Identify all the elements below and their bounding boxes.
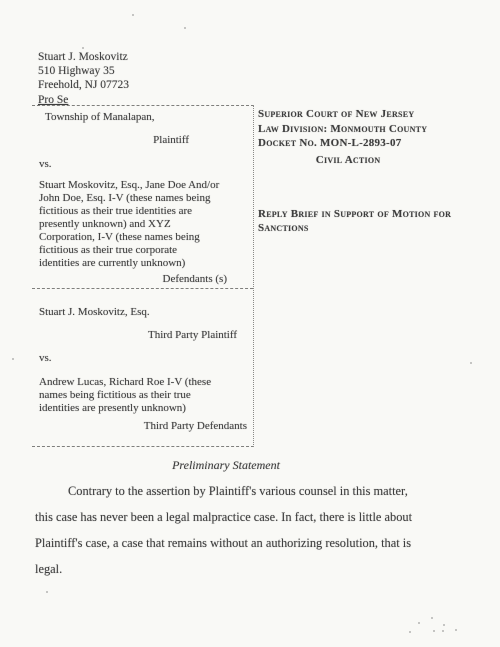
scan-speck xyxy=(12,358,14,360)
plaintiff-label: Plaintiff xyxy=(32,134,253,147)
court-name: Superior Court of New Jersey xyxy=(258,107,427,122)
defendants-line: Stuart Moskovitz, Esq., Jane Doe And/or xyxy=(39,179,219,192)
body-line: Plaintiff's case, a case that remains wi… xyxy=(35,530,473,556)
court-division: Law Division: Monmouth County xyxy=(258,122,427,137)
body-line: legal. xyxy=(35,556,473,582)
attorney-address: 510 Highway 35 xyxy=(38,64,129,78)
scan-speck xyxy=(455,629,457,631)
defendants-description: Stuart Moskovitz, Esq., Jane Doe And/or … xyxy=(39,179,219,270)
court-block: Superior Court of New Jersey Law Divisio… xyxy=(258,107,427,151)
attorney-block: Stuart J. Moskovitz 510 Highway 35 Freeh… xyxy=(38,50,129,107)
third-party-plaintiff-label: Third Party Plaintiff xyxy=(32,329,253,342)
defendants-line: fictitious as their true identities are xyxy=(39,205,219,218)
defendants-line: Corporation, I-V (these names being xyxy=(39,231,219,244)
scan-speck xyxy=(82,47,84,49)
defendants-line: presently unknown) and XYZ xyxy=(39,218,219,231)
scan-speck xyxy=(470,362,472,364)
scan-speck xyxy=(184,27,186,29)
caption-divider-rule xyxy=(32,288,253,289)
body-line: Contrary to the assertion by Plaintiff's… xyxy=(35,478,473,504)
attorney-city: Freehold, NJ 07723 xyxy=(38,78,129,92)
scan-speck xyxy=(442,630,444,632)
third-party-defendants-line: Andrew Lucas, Richard Roe I-V (these xyxy=(39,376,211,389)
third-party-plaintiff-name: Stuart J. Moskovitz, Esq. xyxy=(39,306,150,319)
scan-speck xyxy=(443,624,445,626)
civil-action-label: Civil Action xyxy=(258,154,438,166)
plaintiff-name: Township of Manalapan, xyxy=(45,111,155,124)
scan-speck xyxy=(310,545,312,547)
defendants-line: John Doe, Esq. I-V (these names being xyxy=(39,192,219,205)
body-paragraph: Contrary to the assertion by Plaintiff's… xyxy=(35,478,473,582)
third-party-defendants-description: Andrew Lucas, Richard Roe I-V (these nam… xyxy=(39,376,211,415)
attorney-name: Stuart J. Moskovitz xyxy=(38,50,129,64)
scan-speck xyxy=(431,617,433,619)
scan-speck xyxy=(433,630,435,632)
defendants-line: fictitious as their true corporate xyxy=(39,244,219,257)
third-party-defendants-line: names being fictitious as their true xyxy=(39,389,211,402)
defendants-label: Defendants (s) xyxy=(32,273,253,286)
scan-speck xyxy=(132,14,134,16)
docket-number: Docket No. MON-L-2893-07 xyxy=(258,136,427,151)
case-caption-left-column: Township of Manalapan, Plaintiff vs. Stu… xyxy=(32,105,254,447)
scan-speck xyxy=(409,631,411,633)
third-party-defendants-label: Third Party Defendants xyxy=(32,420,253,433)
defendants-line: identities are currently unknown) xyxy=(39,257,219,270)
body-line: this case has never been a legal malprac… xyxy=(35,504,473,530)
third-party-defendants-line: identities are presently unknown) xyxy=(39,402,211,415)
versus-text: vs. xyxy=(39,158,52,171)
scan-speck xyxy=(46,591,48,593)
brief-title: Reply Brief in Support of Motion for San… xyxy=(258,208,458,235)
scan-speck xyxy=(418,622,420,624)
versus-text: vs. xyxy=(39,352,52,365)
section-heading: Preliminary Statement xyxy=(16,458,436,473)
scanned-legal-brief-page: Stuart J. Moskovitz 510 Highway 35 Freeh… xyxy=(0,0,500,647)
